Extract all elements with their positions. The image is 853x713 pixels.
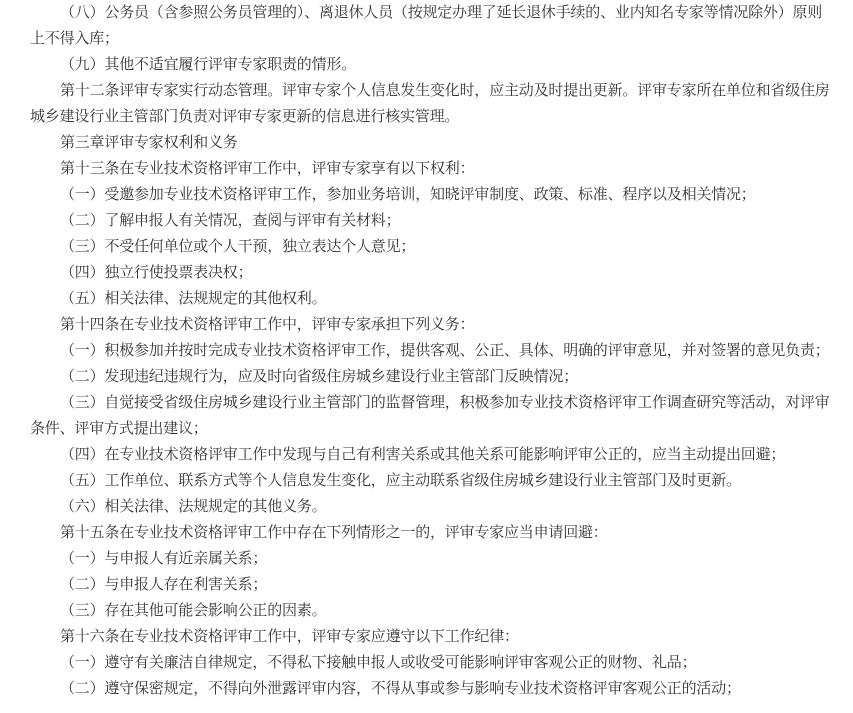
article-16: 第十六条在专业技术资格评审工作中，评审专家应遵守以下工作纪律：	[30, 623, 833, 649]
article-12: 第十二条评审专家实行动态管理。评审专家个人信息发生变化时，应主动及时提出更新。评…	[30, 77, 833, 129]
list-item: （一）受邀参加专业技术资格评审工作，参加业务培训，知晓评审制度、政策、标准、程序…	[30, 181, 833, 207]
article-14: 第十四条在专业技术资格评审工作中，评审专家承担下列义务：	[30, 311, 833, 337]
list-item: （二）与申报人存在利害关系；	[30, 571, 833, 597]
document-body: （八）公务员（含参照公务员管理的）、离退休人员（按规定办理了延长退休手续的、业内…	[30, 0, 833, 701]
list-item: （四）在专业技术资格评审工作中发现与自己有利害关系或其他关系可能影响评审公正的，…	[30, 441, 833, 467]
list-item: （五）相关法律、法规规定的其他权利。	[30, 285, 833, 311]
chapter-heading-3: 第三章评审专家权利和义务	[30, 129, 833, 155]
list-item: （五）工作单位、联系方式等个人信息发生变化，应主动联系省级住房城乡建设行业主管部…	[30, 467, 833, 493]
list-item-8: （八）公务员（含参照公务员管理的）、离退休人员（按规定办理了延长退休手续的、业内…	[30, 0, 833, 51]
article-13: 第十三条在专业技术资格评审工作中，评审专家享有以下权利：	[30, 155, 833, 181]
list-item: （一）积极参加并按时完成专业技术资格评审工作，提供客观、公正、具体、明确的评审意…	[30, 337, 833, 363]
list-item: （二）了解申报人有关情况，查阅与评审有关材料；	[30, 207, 833, 233]
list-item: （三）自觉接受省级住房城乡建设行业主管部门的监督管理，积极参加专业技术资格评审工…	[30, 389, 833, 441]
list-item: （一）遵守有关廉洁自律规定，不得私下接触申报人或收受可能影响评审客观公正的财物、…	[30, 649, 833, 675]
article-15: 第十五条在专业技术资格评审工作中存在下列情形之一的，评审专家应当申请回避：	[30, 519, 833, 545]
list-item: （二）遵守保密规定，不得向外泄露评审内容，不得从事或参与影响专业技术资格评审客观…	[30, 675, 833, 701]
list-item: （二）发现违纪违规行为，应及时向省级住房城乡建设行业主管部门反映情况；	[30, 363, 833, 389]
list-item: （六）相关法律、法规规定的其他义务。	[30, 493, 833, 519]
list-item-9: （九）其他不适宜履行评审专家职责的情形。	[30, 51, 833, 77]
list-item: （四）独立行使投票表决权；	[30, 259, 833, 285]
list-item: （一）与申报人有近亲属关系；	[30, 545, 833, 571]
list-item: （三）存在其他可能会影响公正的因素。	[30, 597, 833, 623]
list-item: （三）不受任何单位或个人干预，独立表达个人意见；	[30, 233, 833, 259]
